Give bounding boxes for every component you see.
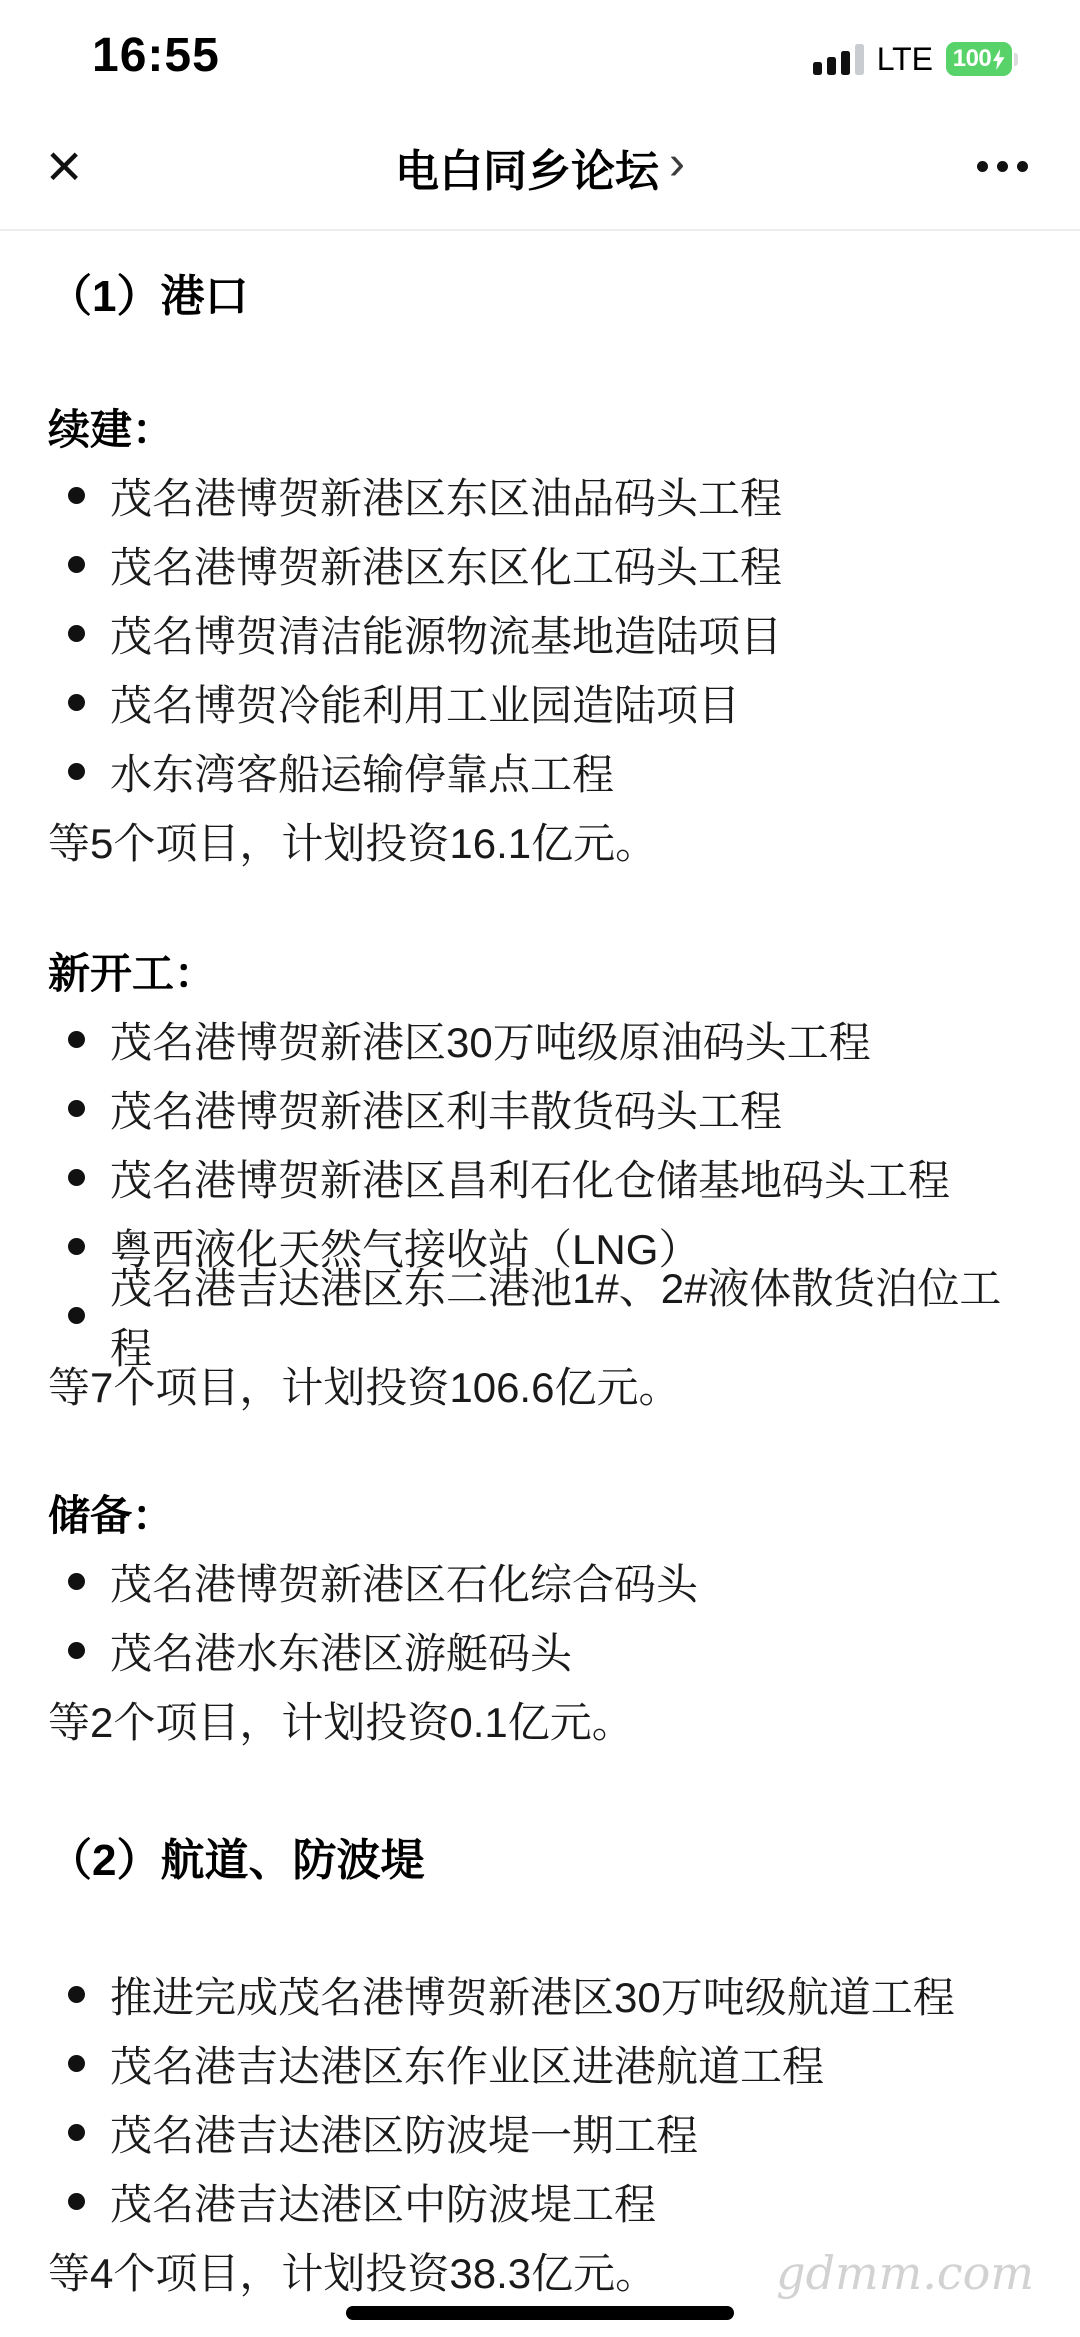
list-item-text: 茂名港吉达港区中防波堤工程 — [110, 2172, 656, 2232]
list-item-text: 茂名港博贺新港区东区化工码头工程 — [110, 535, 782, 595]
status-icons: LTE 100 — [813, 40, 1018, 78]
bullet-icon — [68, 1986, 85, 2003]
list-item: 茂名港吉达港区防波堤一期工程 — [48, 2098, 1032, 2167]
list-item: 推进完成茂名港博贺新港区30万吨级航道工程 — [48, 1960, 1032, 2029]
network-type-label: LTE — [877, 41, 933, 78]
list-item: 茂名港水东港区游艇码头 — [48, 1616, 1032, 1685]
more-dot — [997, 161, 1008, 172]
list-item-text: 茂名港博贺新港区石化综合码头 — [110, 1552, 698, 1612]
list-item: 茂名港博贺新港区30万吨级原油码头工程 — [48, 1005, 1032, 1074]
bullet-icon — [68, 625, 85, 642]
more-dot — [1017, 161, 1028, 172]
section-heading-1: （1）港口 — [48, 257, 1032, 326]
bullet-icon — [68, 763, 85, 780]
bullet-icon — [68, 1169, 85, 1186]
list-item: 茂名港博贺新港区东区油品码头工程 — [48, 461, 1032, 530]
spacer — [48, 1890, 1032, 1960]
home-indicator[interactable] — [346, 2306, 734, 2320]
group-label-xujian: 续建： — [48, 392, 1032, 461]
list-item: 茂名港博贺新港区石化综合码头 — [48, 1547, 1032, 1616]
group-label-xinkaigong: 新开工： — [48, 936, 1032, 1005]
list-item: 茂名港吉达港区东作业区进港航道工程 — [48, 2029, 1032, 2098]
more-dot — [977, 161, 988, 172]
watermark: gdmm.com — [776, 2246, 1034, 2300]
section-heading-2: （2）航道、防波堤 — [48, 1821, 1032, 1890]
list-item-text: 茂名港吉达港区防波堤一期工程 — [110, 2103, 698, 2163]
more-button[interactable] — [977, 104, 1028, 229]
bullet-icon — [68, 1238, 85, 1255]
battery-cap — [1014, 53, 1018, 66]
group-label-chubei: 储备： — [48, 1478, 1032, 1547]
list-item-text: 茂名港吉达港区东作业区进港航道工程 — [110, 2034, 824, 2094]
list-item: 水东湾客船运输停靠点工程 — [48, 737, 1032, 806]
status-time: 16:55 — [92, 28, 220, 83]
bullet-icon — [68, 2124, 85, 2141]
list-item-text: 茂名港博贺新港区利丰散货码头工程 — [110, 1079, 782, 1139]
summary-line: 等2个项目，计划投资0.1亿元。 — [48, 1685, 1032, 1754]
bullet-icon — [68, 487, 85, 504]
header-title[interactable]: 电白同乡论坛 › — [0, 104, 1080, 229]
spacer — [48, 1754, 1032, 1821]
list-item: 茂名港博贺新港区利丰散货码头工程 — [48, 1074, 1032, 1143]
bullet-icon — [68, 2193, 85, 2210]
bullet-icon — [68, 1642, 85, 1659]
battery-percent-label: 100 — [953, 45, 992, 73]
list-item: 茂名港吉达港区中防波堤工程 — [48, 2167, 1032, 2236]
spacer — [48, 1419, 1032, 1478]
list-item: 茂名港博贺新港区昌利石化仓储基地码头工程 — [48, 1143, 1032, 1212]
article-content: （1）港口 续建： 茂名港博贺新港区东区油品码头工程 茂名港博贺新港区东区化工码… — [0, 231, 1080, 2305]
page-title: 电白同乡论坛 — [395, 135, 659, 199]
bullet-icon — [68, 556, 85, 573]
bullet-icon — [68, 1573, 85, 1590]
charging-bolt-icon — [992, 49, 1005, 70]
bullet-icon — [68, 1031, 85, 1048]
list-item: 茂名博贺清洁能源物流基地造陆项目 — [48, 599, 1032, 668]
list-item-text: 茂名博贺冷能利用工业园造陆项目 — [110, 673, 740, 733]
list-item-text: 茂名港博贺新港区昌利石化仓储基地码头工程 — [110, 1148, 950, 1208]
list-item-text: 茂名港水东港区游艇码头 — [110, 1621, 572, 1681]
status-bar: 16:55 LTE 100 — [0, 0, 1080, 104]
list-item-text: 茂名博贺清洁能源物流基地造陆项目 — [110, 604, 782, 664]
cellular-signal-icon — [813, 44, 864, 75]
list-item-text: 茂名港博贺新港区30万吨级原油码头工程 — [110, 1010, 871, 1070]
header: × 电白同乡论坛 › — [0, 104, 1080, 231]
list-item-text: 推进完成茂名港博贺新港区30万吨级航道工程 — [110, 1965, 955, 2025]
bullet-icon — [68, 2055, 85, 2072]
spacer — [48, 875, 1032, 936]
bullet-icon — [68, 694, 85, 711]
spacer — [48, 326, 1032, 392]
list-item-text: 水东湾客船运输停靠点工程 — [110, 742, 614, 802]
bullet-icon — [68, 1100, 85, 1117]
list-item-text: 茂名港博贺新港区东区油品码头工程 — [110, 466, 782, 526]
list-item: 茂名港博贺新港区东区化工码头工程 — [48, 530, 1032, 599]
list-item: 茂名港吉达港区东二港池1#、2#液体散货泊位工程 — [48, 1281, 1032, 1350]
bullet-icon — [68, 1307, 85, 1324]
chevron-right-icon: › — [669, 136, 685, 191]
list-item: 茂名博贺冷能利用工业园造陆项目 — [48, 668, 1032, 737]
wechat-article-page: 16:55 LTE 100 × 电白同乡论坛 › — [0, 0, 1080, 2337]
summary-line: 等5个项目，计划投资16.1亿元。 — [48, 806, 1032, 875]
battery-icon: 100 — [946, 42, 1018, 76]
